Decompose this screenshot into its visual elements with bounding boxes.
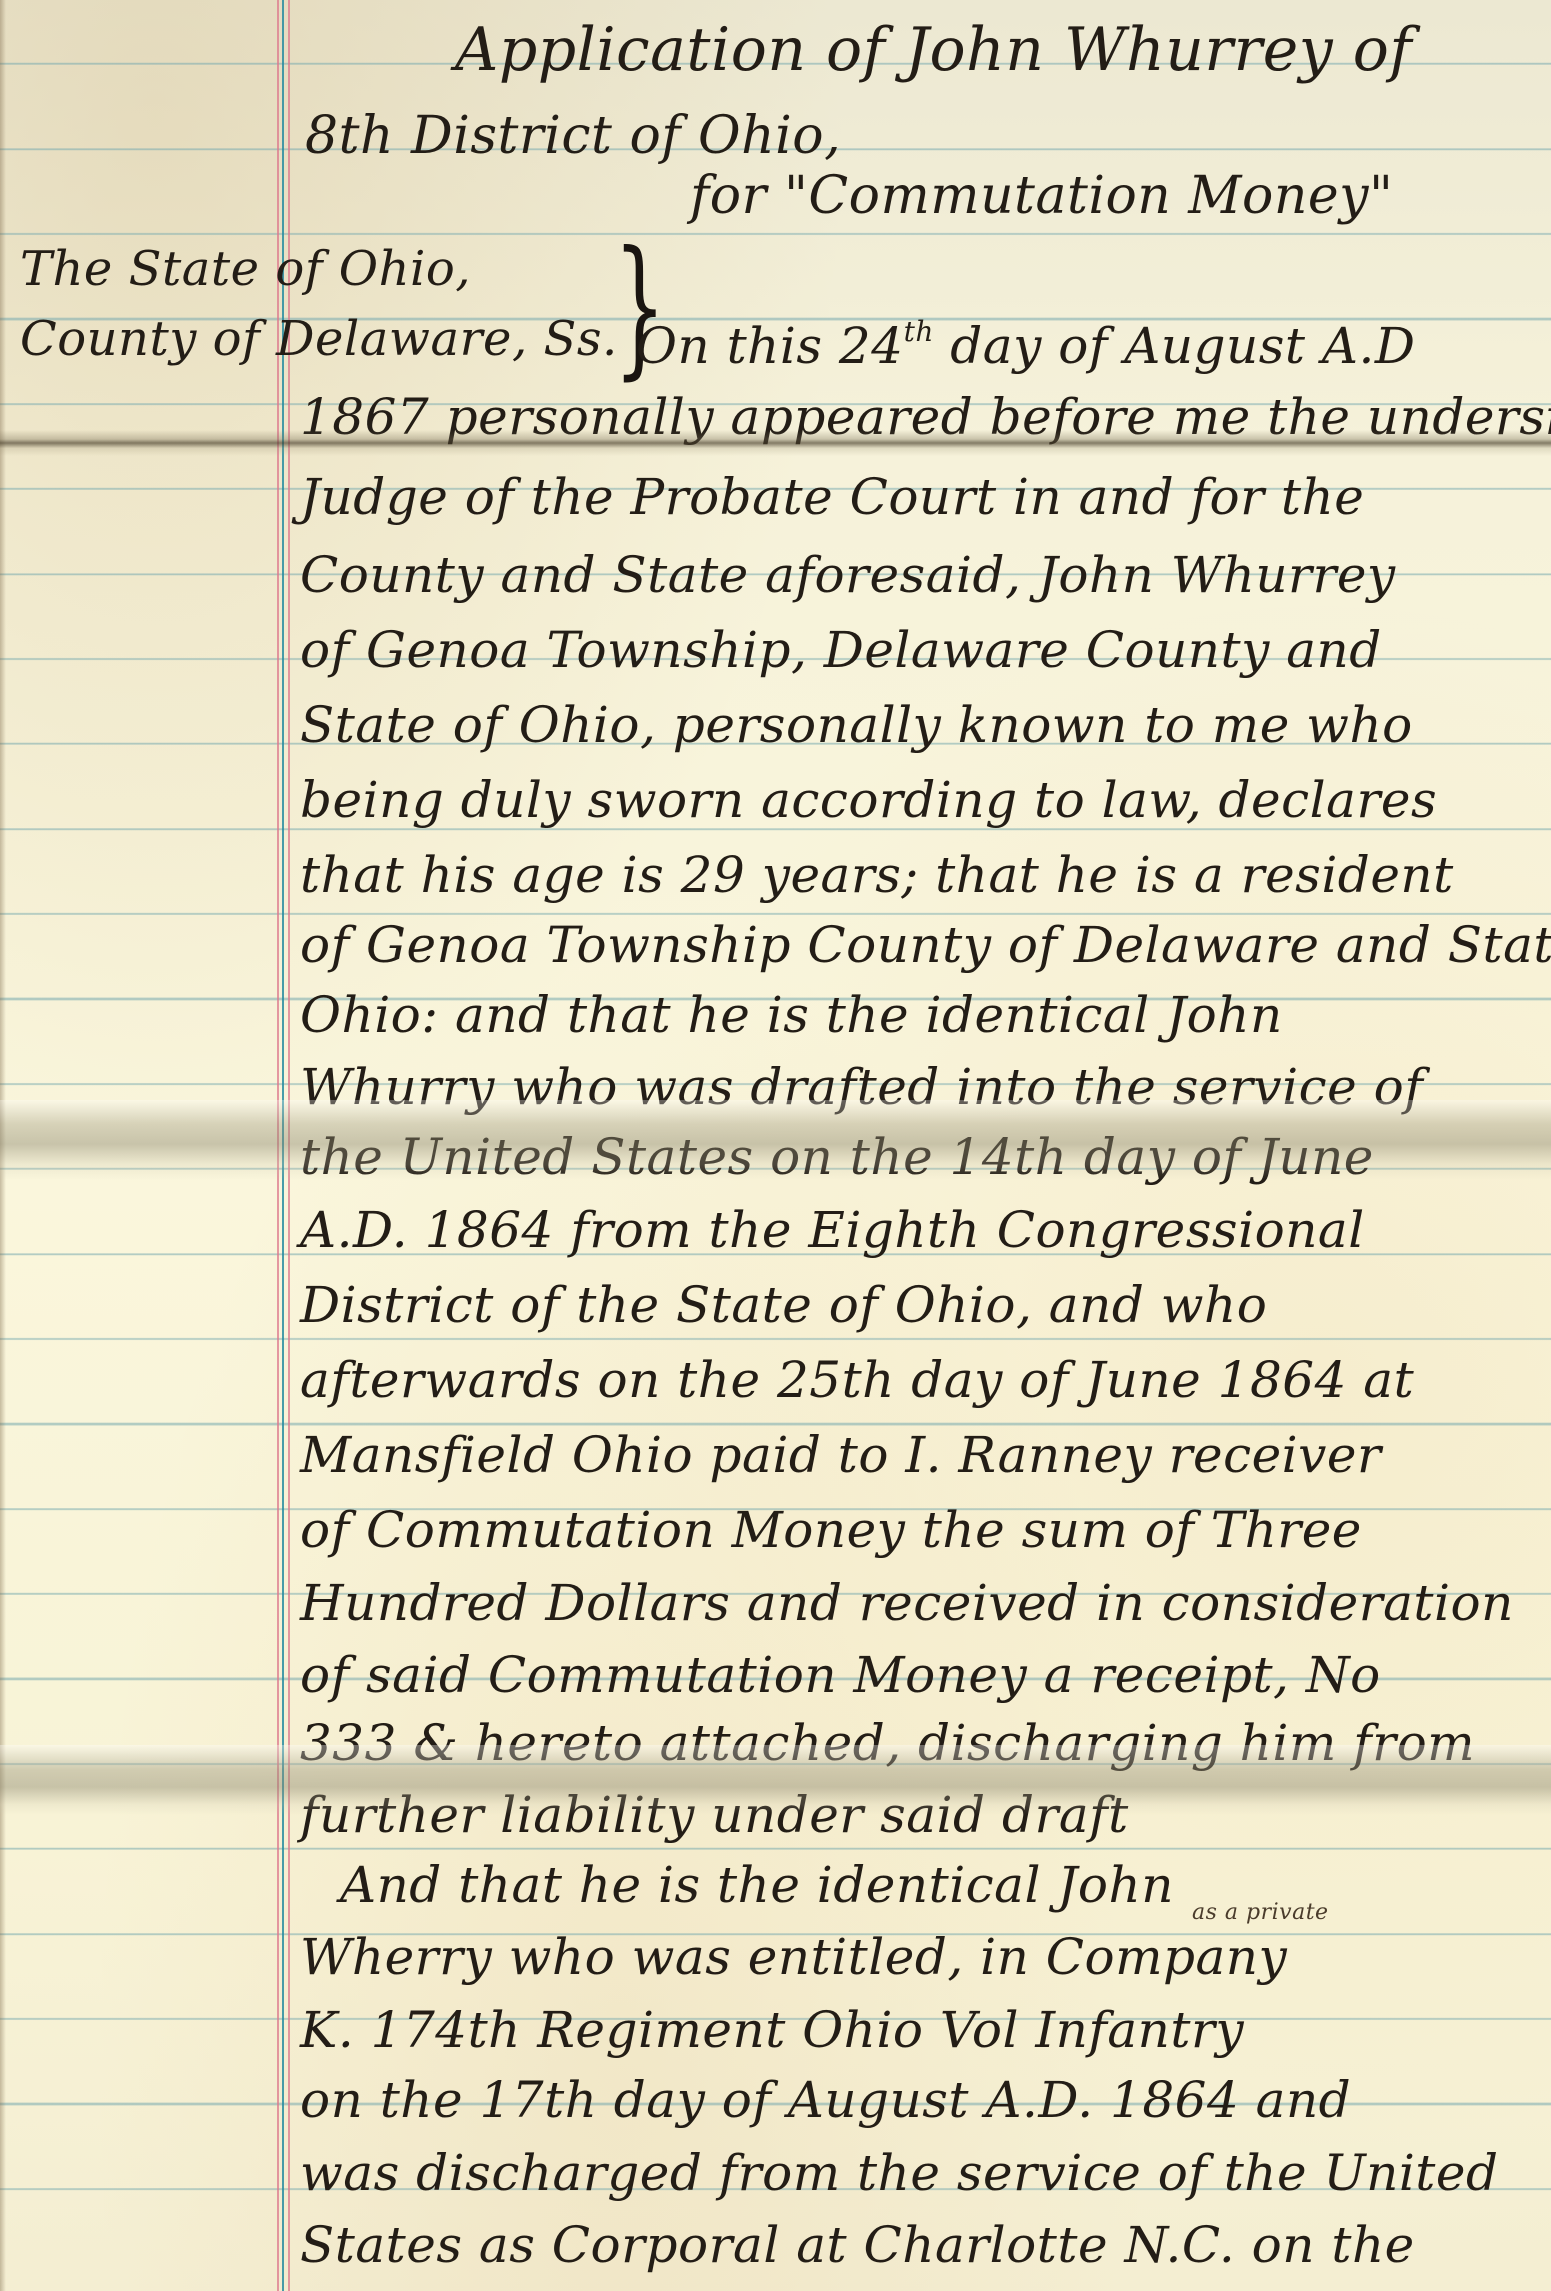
body-line: of Commutation Money the sum of Three xyxy=(300,1505,1362,1555)
body-line: States as Corporal at Charlotte N.C. on … xyxy=(300,2220,1415,2270)
body-line: Mansfield Ohio paid to I. Ranney receive… xyxy=(300,1430,1381,1480)
body-line: of Genoa Township, Delaware County and xyxy=(300,625,1382,675)
body-line: Whurry who was drafted into the service … xyxy=(300,1062,1423,1112)
body-line: Judge of the Probate Court in and for th… xyxy=(300,472,1364,522)
body-line: District of the State of Ohio, and who xyxy=(300,1280,1267,1330)
title-line-2: 8th District of Ohio, xyxy=(305,110,841,162)
body-line: K. 174th Regiment Ohio Vol Infantry xyxy=(300,2005,1244,2055)
body-line: of Genoa Township County of Delaware and… xyxy=(300,920,1551,970)
title-line-3: for "Commutation Money" xyxy=(690,170,1393,222)
body-line: that his age is 29 years; that he is a r… xyxy=(300,850,1454,900)
body-line: was discharged from the service of the U… xyxy=(300,2148,1499,2198)
paper-edge xyxy=(0,0,6,2291)
body-line: 333 & hereto attached, discharging him f… xyxy=(300,1718,1475,1768)
body-line: of said Commutation Money a receipt, No xyxy=(300,1650,1381,1700)
venue-state: The State of Ohio, xyxy=(20,245,471,293)
body-line: afterwards on the 25th day of June 1864 … xyxy=(300,1355,1414,1405)
body-line: State of Ohio, personally known to me wh… xyxy=(300,700,1413,750)
body-line: Wherry who was entitled, in Company xyxy=(300,1932,1287,1982)
body-line: 1867 personally appeared before me the u… xyxy=(300,392,1551,442)
body-line: Hundred Dollars and received in consider… xyxy=(300,1578,1514,1628)
insertion-note: as a private xyxy=(1192,1902,1329,1924)
body-line: And that he is the identical John xyxy=(340,1860,1174,1910)
body-line: being duly sworn according to law, decla… xyxy=(300,775,1437,825)
body-line: the United States on the 14th day of Jun… xyxy=(300,1132,1374,1182)
body-line: Ohio: and that he is the identical John xyxy=(300,990,1283,1040)
body-line: further liability under said draft xyxy=(300,1790,1129,1840)
title-line-1: Application of John Whurrey of xyxy=(455,20,1412,80)
body-line: A.D. 1864 from the Eighth Congressional xyxy=(300,1205,1365,1255)
document-page: Application of John Whurrey of 8th Distr… xyxy=(0,0,1551,2291)
body-line: County and State aforesaid, John Whurrey xyxy=(300,550,1396,600)
body-line: on the 17th day of August A.D. 1864 and xyxy=(300,2075,1351,2125)
body-line-1: On this 24th day of August A.D xyxy=(636,318,1415,371)
venue-county: County of Delaware, Ss. xyxy=(20,315,618,363)
